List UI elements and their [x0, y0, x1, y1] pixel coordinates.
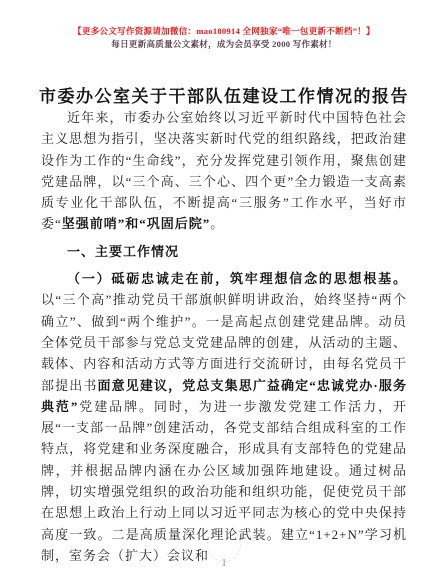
document-page: 【更多公文写作资源请加微信：mao180914 全网独家“唯一包更新不断档”！】…	[0, 0, 448, 580]
page-number: 1	[222, 558, 227, 569]
item-one-paragraph: （一）砥砺忠诚走在前，筑牢理想信念的思想根基。以“三个高”推动党员干部旗帜鲜明讲…	[41, 268, 407, 566]
text-segment: （一）砥砺忠诚走在前，筑牢理想信念的思想根基。	[67, 271, 407, 286]
document-title: 市委办公室关于干部队伍建设工作情况的报告	[0, 82, 448, 107]
watermark-line-1: 【更多公文写作资源请加微信：mao180914 全网独家“唯一包更新不断档”！】	[0, 25, 448, 37]
text-segment: 。	[210, 216, 224, 231]
intro-paragraph: 近年来，市委办公室始终以习近平新时代中国特色社会主义思想为指引，坚决落实新时代党…	[41, 107, 407, 235]
header-watermark: 【更多公文写作资源请加微信：mao180914 全网独家“唯一包更新不断档”！】…	[0, 25, 448, 50]
page-footer: 1	[0, 548, 448, 566]
stamp-circle-watermark	[207, 528, 241, 562]
watermark-line-2: 每日更新高质量公文素材，成为会员享受 2000 写作素材！	[0, 38, 448, 50]
text-segment: 一、主要工作情况	[67, 244, 179, 259]
section-one-heading: 一、主要工作情况	[41, 241, 407, 262]
document-body: 近年来，市委办公室始终以习近平新时代中国特色社会主义思想为指引，坚决落实新时代党…	[41, 107, 407, 572]
text-segment: 坚强前哨”和“巩固后院”	[62, 216, 211, 231]
text-segment: 近年来，市委办公室始终以习近平新时代中国特色社会主义思想为指引，坚决落实新时代党…	[41, 110, 407, 231]
